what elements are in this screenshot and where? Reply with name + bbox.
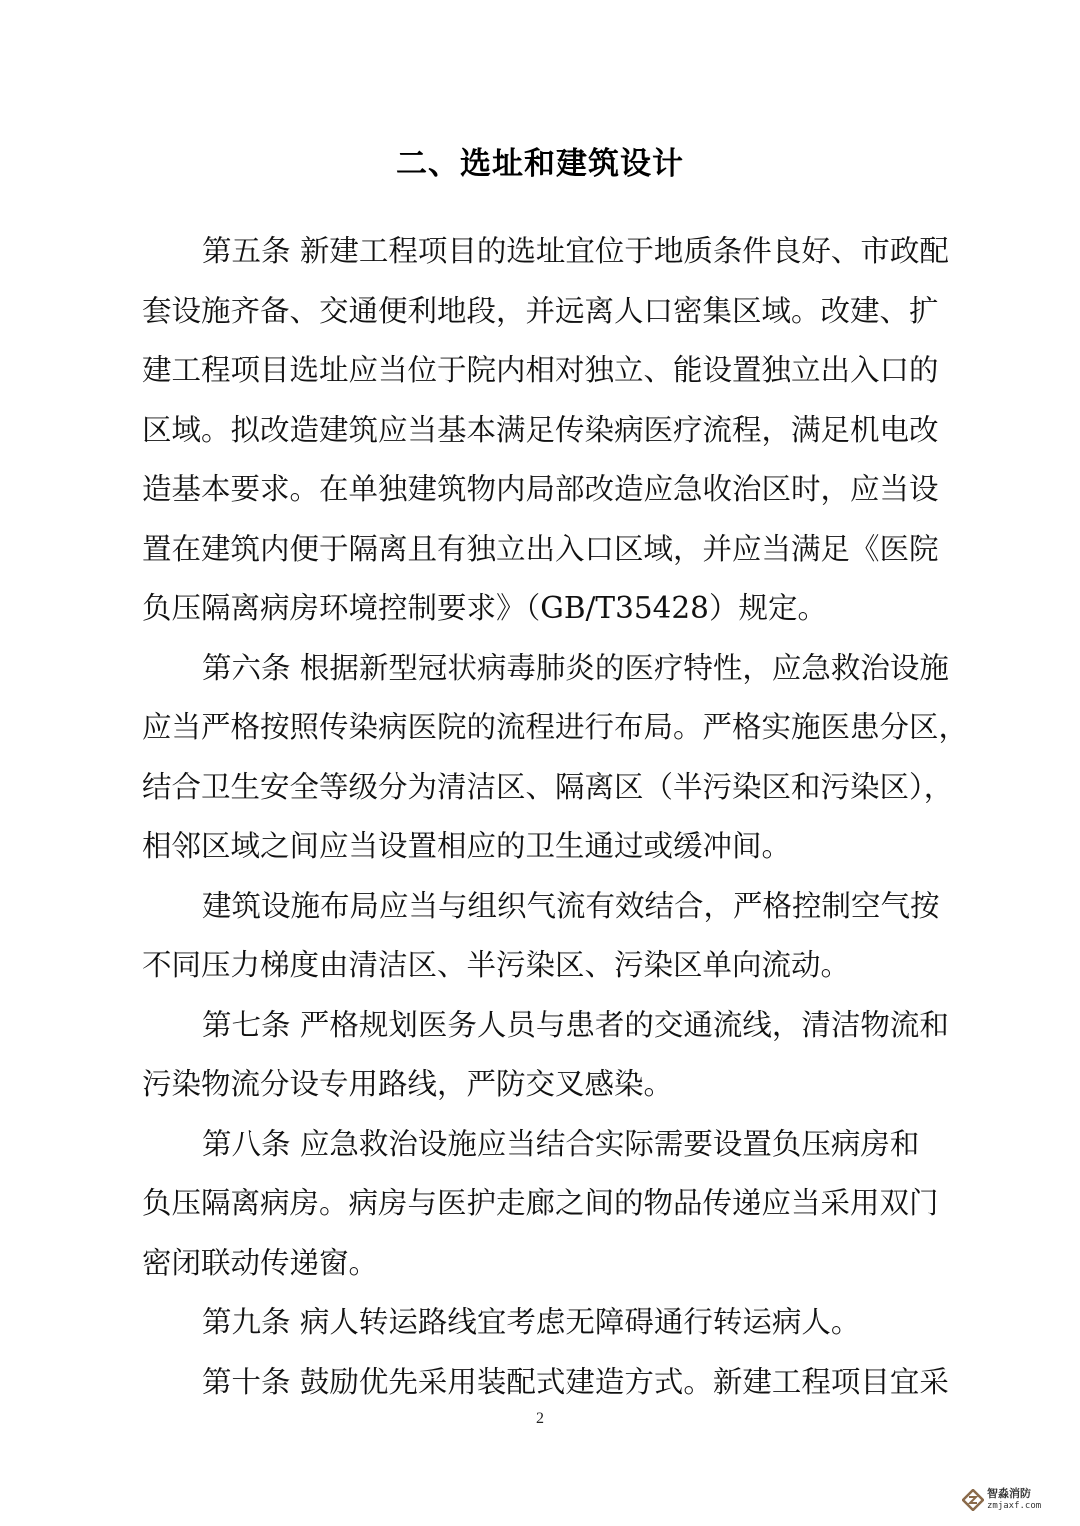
- text-line: 第七条 严格规划医务人员与患者的交通流线，清洁物流和: [142, 996, 942, 1056]
- document-page: 二、选址和建筑设计 第五条 新建工程项目的选址宜位于地质条件良好、市政配 套设施…: [0, 0, 1080, 1526]
- text-line: 不同压力梯度由清洁区、半污染区、污染区单向流动。: [142, 936, 942, 996]
- text-line: 建工程项目选址应当位于院内相对独立、能设置独立出入口的: [142, 341, 942, 401]
- diamond-z-logo-icon: [962, 1489, 984, 1511]
- text-line: 负压隔离病房。病房与医护走廊之间的物品传递应当采用双门: [142, 1174, 942, 1234]
- body-text: 第五条 新建工程项目的选址宜位于地质条件良好、市政配 套设施齐备、交通便利地段，…: [142, 222, 942, 1412]
- text-line: 区域。拟改造建筑应当基本满足传染病医疗流程，满足机电改: [142, 401, 942, 461]
- text-line: 第五条 新建工程项目的选址宜位于地质条件良好、市政配: [142, 222, 942, 282]
- text-line: 相邻区域之间应当设置相应的卫生通过或缓冲间。: [142, 817, 942, 877]
- page-number: 2: [0, 1410, 1080, 1428]
- text-line: 第九条 病人转运路线宜考虑无障碍通行转运病人。: [142, 1293, 942, 1353]
- text-line: 应当严格按照传染病医院的流程进行布局。严格实施医患分区，: [142, 698, 942, 758]
- text-line: 结合卫生安全等级分为清洁区、隔离区（半污染区和污染区），: [142, 758, 942, 818]
- text-line: 第八条 应急救治设施应当结合实际需要设置负压病房和: [142, 1115, 942, 1175]
- watermark-url: zmjaxf.com: [987, 1500, 1041, 1512]
- text-line: 套设施齐备、交通便利地段，并远离人口密集区域。改建、扩: [142, 282, 942, 342]
- text-line: 负压隔离病房环境控制要求》（GB/T35428）规定。: [142, 579, 942, 639]
- section-title: 二、选址和建筑设计: [0, 138, 1080, 183]
- text-line: 第六条 根据新型冠状病毒肺炎的医疗特性，应急救治设施: [142, 639, 942, 699]
- text-line: 第十条 鼓励优先采用装配式建造方式。新建工程项目宜采: [142, 1353, 942, 1413]
- text-line: 造基本要求。在单独建筑物内局部改造应急收治区时，应当设: [142, 460, 942, 520]
- text-line: 建筑设施布局应当与组织气流有效结合，严格控制空气按: [142, 877, 942, 937]
- text-line: 置在建筑内便于隔离且有独立出入口区域，并应当满足《医院: [142, 520, 942, 580]
- text-line: 密闭联动传递窗。: [142, 1234, 942, 1294]
- watermark: 智淼消防 zmjaxf.com: [962, 1488, 1041, 1512]
- watermark-name: 智淼消防: [987, 1488, 1041, 1500]
- text-line: 污染物流分设专用路线，严防交叉感染。: [142, 1055, 942, 1115]
